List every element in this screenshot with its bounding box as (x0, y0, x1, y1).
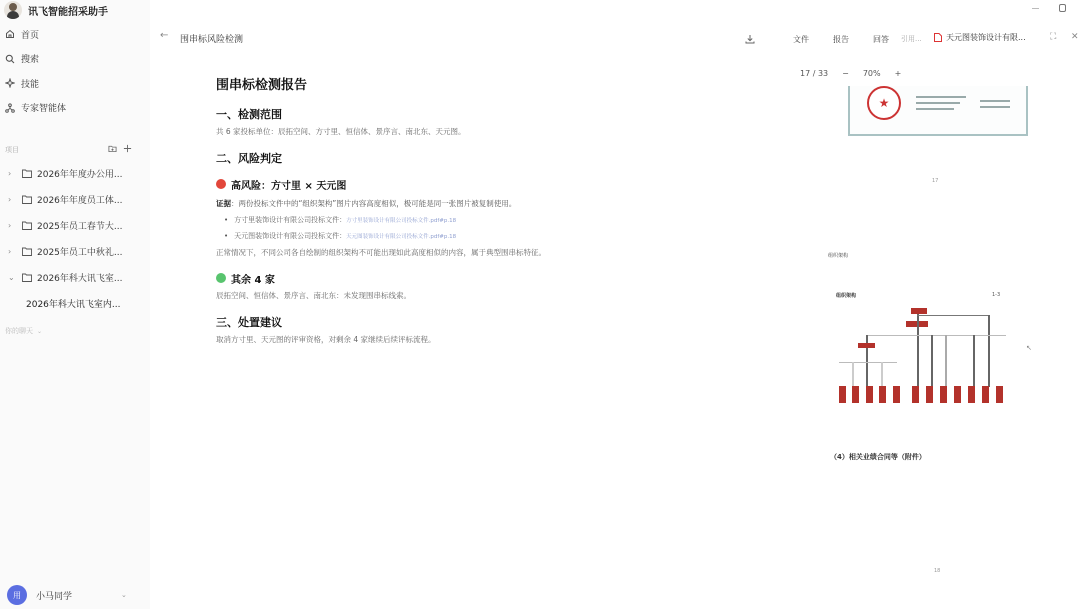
green-dot-icon (216, 273, 226, 283)
folder-icon (22, 247, 32, 256)
tab-report[interactable]: 报告 (833, 34, 849, 45)
report-content: 围串标检测报告 一、检测范围 共 6 家投标单位：辰拓空间、方寸里、恒信体、景序… (216, 74, 616, 346)
sidebar-nav: 首页 搜索 技能 专家智能体 (0, 22, 150, 120)
page-controls: 17 / 33 − 70% + (800, 69, 901, 78)
project-label: 2026年年度办公用... (37, 167, 123, 180)
agent-icon (5, 103, 15, 113)
org-right-label: 1-3 (992, 292, 1000, 298)
project-label: 2025年员工中秋礼... (37, 245, 123, 258)
red-dot-icon (216, 179, 226, 189)
section-heading-risk: 二、风险判定 (216, 150, 616, 167)
sidebar: 讯飞智能招采助手 首页 搜索 技能 专家智能体 项目 › 2026年年 (0, 0, 150, 609)
chevron-right-icon[interactable]: › (8, 169, 16, 178)
back-arrow-icon[interactable]: ← (160, 30, 168, 41)
new-folder-icon[interactable] (108, 144, 117, 156)
open-file-tab[interactable]: 天元图装饰设计有限... (934, 32, 1026, 43)
project-item[interactable]: › 2026年年度办公用... (0, 160, 150, 186)
file-link[interactable]: 天元图装饰设计有限公司投标文件.pdf#p.18 (346, 234, 456, 240)
chevron-down-icon: ⌄ (37, 328, 42, 335)
sidebar-item-label: 首页 (21, 28, 39, 41)
evidence-text: 证据：两份投标文件中的“组织架构”图片内容高度相似，极可能是同一张图片被复制使用… (216, 198, 616, 210)
folder-icon (22, 195, 32, 204)
certificate-image: ★ (848, 86, 1028, 136)
sidebar-item-label: 专家智能体 (21, 101, 66, 114)
file-label: 方寸里装饰设计有限公司投标文件： (234, 216, 346, 224)
page-number: 18 (934, 568, 940, 574)
project-child-item[interactable]: 2026年科大讯飞室内... (0, 290, 150, 316)
evidence-body: ：两份投标文件中的“组织架构”图片内容高度相似，极可能是同一张图片被复制使用。 (231, 199, 516, 208)
zoom-level: 70% (863, 69, 881, 78)
project-item-expanded[interactable]: ⌄ 2026年科大讯飞室... (0, 264, 150, 290)
home-icon (5, 29, 15, 39)
tab-answer[interactable]: 回答 (873, 34, 889, 45)
window-controls (1032, 4, 1066, 12)
zoom-out-button[interactable]: − (842, 69, 849, 78)
high-risk-title: 高风险：方寸里 × 天元图 (231, 177, 346, 192)
report-title: 围串标检测报告 (216, 74, 616, 96)
org-section-label: 组织架构 (836, 292, 856, 299)
project-item[interactable]: › 2026年年度员工体... (0, 186, 150, 212)
org-chart (836, 305, 1008, 405)
org-heading: 组织架构 (828, 252, 848, 259)
avatar: 用 (7, 585, 27, 605)
preview-caption: （4）相关业绩合同等（附件） (830, 452, 926, 462)
skill-icon (5, 78, 15, 88)
project-item[interactable]: › 2025年员工春节大... (0, 212, 150, 238)
high-risk-heading: 高风险：方寸里 × 天元图 (216, 177, 616, 191)
project-label: 2026年年度员工体... (37, 193, 123, 206)
open-file-name: 天元图装饰设计有限... (946, 32, 1026, 43)
viewer-toolbar: 文件 报告 回答 引用... (745, 32, 922, 46)
evidence-label: 证据 (216, 199, 231, 208)
evidence-file-list: 方寸里装饰设计有限公司投标文件：方寸里装饰设计有限公司投标文件.pdf#p.18… (216, 213, 616, 245)
chats-label: 你的聊天 (5, 326, 33, 336)
user-menu[interactable]: 用 小马同学 ⌄ (0, 581, 150, 609)
projects-actions (108, 144, 132, 156)
page-number: 17 (932, 178, 938, 184)
maximize-icon[interactable] (1059, 4, 1066, 12)
sidebar-item-home[interactable]: 首页 (0, 22, 150, 47)
seal-icon: ★ (867, 86, 901, 120)
evidence-file-item: 天元图装饰设计有限公司投标文件：天元图装饰设计有限公司投标文件.pdf#p.18 (224, 229, 616, 245)
folder-icon (22, 169, 32, 178)
page-indicator[interactable]: 17 / 33 (800, 69, 828, 78)
scope-text: 共 6 家投标单位：辰拓空间、方寸里、恒信体、景序言、南北东、天元图。 (216, 126, 616, 138)
tab-citations[interactable]: 引用... (901, 34, 922, 44)
project-item[interactable]: › 2025年员工中秋礼... (0, 238, 150, 264)
others-title: 其余 4 家 (231, 271, 275, 286)
others-heading: 其余 4 家 (216, 271, 616, 285)
sidebar-item-label: 搜索 (21, 52, 39, 65)
project-label: 2026年科大讯飞室... (37, 271, 123, 284)
projects-label: 项目 (5, 145, 19, 155)
projects-header: 项目 (0, 142, 150, 158)
chevron-down-icon[interactable]: ⌄ (8, 273, 16, 282)
risk-conclusion: 正常情况下，不同公司各自绘制的组织架构不可能出现如此高度相似的内容，属于典型围串… (216, 247, 616, 259)
section-heading-recommendation: 三、处置建议 (216, 314, 616, 331)
pdf-file-icon (934, 33, 942, 42)
document-preview[interactable]: ★ 17 组织架构 组织架构 1-3 (806, 80, 1050, 590)
sidebar-item-label: 技能 (21, 77, 39, 90)
section-heading-scope: 一、检测范围 (216, 106, 616, 123)
sidebar-item-search[interactable]: 搜索 (0, 47, 150, 72)
search-icon (5, 54, 15, 64)
fullscreen-icon[interactable]: ⛶ (1050, 32, 1056, 42)
file-link[interactable]: 方寸里装饰设计有限公司投标文件.pdf#p.18 (346, 218, 456, 224)
recommendation-text: 取消方寸里、天元图的评审资格，对剩余 4 家继续后续评标流程。 (216, 334, 616, 346)
app-logo (4, 1, 22, 19)
zoom-in-button[interactable]: + (895, 69, 902, 78)
file-label: 天元图装饰设计有限公司投标文件： (234, 232, 346, 240)
tab-file[interactable]: 文件 (793, 34, 809, 45)
close-icon[interactable]: ✕ (1071, 32, 1079, 42)
others-text: 辰拓空间、恒信体、景序言、南北东：未发现围串标线索。 (216, 290, 616, 302)
app-title: 讯飞智能招采助手 (28, 3, 108, 18)
chats-header[interactable]: 你的聊天 ⌄ (0, 324, 150, 338)
chevron-right-icon[interactable]: › (8, 221, 16, 230)
project-list: › 2026年年度办公用... › 2026年年度员工体... › 2025年员… (0, 160, 150, 316)
download-icon[interactable] (745, 34, 755, 44)
user-name: 小马同学 (36, 589, 72, 602)
folder-icon (22, 221, 32, 230)
chevron-right-icon[interactable]: › (8, 247, 16, 256)
add-project-icon[interactable] (123, 144, 132, 156)
sidebar-item-skills[interactable]: 技能 (0, 71, 150, 96)
cursor-icon: ↖ (1026, 344, 1032, 352)
minimize-icon[interactable] (1032, 8, 1039, 9)
page-title: 围串标风险检测 (180, 32, 243, 45)
project-label: 2025年员工春节大... (37, 219, 123, 232)
evidence-file-item: 方寸里装饰设计有限公司投标文件：方寸里装饰设计有限公司投标文件.pdf#p.18 (224, 213, 616, 229)
app-header: 讯飞智能招采助手 (0, 0, 150, 21)
sidebar-item-expert-agents[interactable]: 专家智能体 (0, 96, 150, 121)
chevron-down-icon[interactable]: ⌄ (121, 591, 127, 599)
chevron-right-icon[interactable]: › (8, 195, 16, 204)
folder-icon (22, 273, 32, 282)
